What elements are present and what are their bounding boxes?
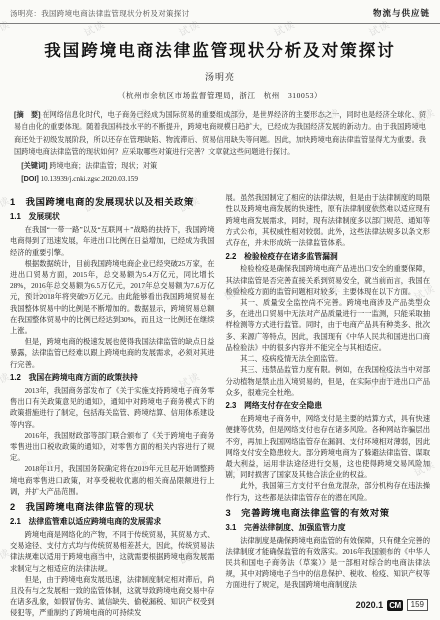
running-title: 汤明亮：我国跨境电商法律监管现状分析及对策探讨 <box>10 8 189 19</box>
section-heading: 3 完善跨境电商法律监管的有效对策 <box>226 508 431 519</box>
abstract-label: [摘 要] <box>14 110 41 119</box>
body-paragraph: 但是，由于跨境电商发展迅速，法律制度制定相对滞后，尚且没有与之发展相一致的监管体… <box>10 574 215 619</box>
abstract-text: 在网络信息化时代，电子商务已经成为国际贸易的重要组成部分，是世界经济的主要形态之… <box>14 111 426 156</box>
section-heading: 2 我国跨境电商法律监管的现状 <box>10 502 215 513</box>
body-paragraph: 2018年11月，我国国务院确定将在2019年元旦起开始调整跨境电商零售进口政策… <box>10 463 215 497</box>
page-header: 汤明亮：我国跨境电商法律监管现状分析及对策探讨 物流与供应链 <box>0 0 440 24</box>
keywords-line: [关键词] 跨境电商；法律监管；现状；对策 <box>14 160 426 172</box>
author-name: 汤明亮 <box>0 70 440 83</box>
body-paragraph: 但是，跨境电商的极速发展也使得我国法律监管的缺点日益暴露，法律监管已经难以跟上跨… <box>10 336 215 370</box>
body-paragraph: 跨境电商是网络化的产物，不同于传统贸易，其贸易方式、交易途径、支付方式均与传统贸… <box>10 529 215 574</box>
left-column: 1 我国跨境电商的发展现状以及相关政策 1.1 发展现状 在我国“一带一路”以及… <box>10 192 215 618</box>
body-paragraph: 其三、违禁品监管力度有限。例如，在我国检疫法当中对部分动植物是禁止出入境贸易的，… <box>226 364 431 398</box>
body-paragraph: 其二、疫病疫情无法全面监管。 <box>226 353 431 364</box>
subsection-heading: 2.1 法律监管难以适应跨境电商的发展需求 <box>10 516 215 527</box>
body-columns: 1 我国跨境电商的发展现状以及相关政策 1.1 发展现状 在我国“一带一路”以及… <box>0 185 440 618</box>
subsection-heading: 2.3 网络支付存在安全隐患 <box>226 400 431 411</box>
right-column: 展。虽然我国制定了相应的法律法规，但是由于法律制度的局限性以及跨境电商发展的快速… <box>226 192 431 618</box>
body-paragraph: 2013年，我国商务部发布了《关于实施支持跨境电子商务零售出口有关政策意见的通知… <box>10 385 215 430</box>
journal-section-label: 物流与供应链 <box>373 7 430 19</box>
author-affiliation: （杭州市余杭区市场监督管理局，浙江 杭州 310053） <box>0 90 440 101</box>
page-footer: 2020.1 CM 159 <box>356 599 428 611</box>
doi-line: [DOI] 10.13939/j.cnki.zgsc.2020.03.159 <box>14 173 426 185</box>
body-paragraph: 此外，我国第三方支付平台鱼龙混杂，部分机构存在违法操作行为，这些都是法律监管存在… <box>226 480 431 502</box>
subsection-heading: 2.2 检验检疫存在诸多监管漏洞 <box>226 251 431 262</box>
keywords-text: 跨境电商；法律监管；现状；对策 <box>49 162 157 170</box>
doi-text: 10.13939/j.cnki.zgsc.2020.03.159 <box>41 175 138 183</box>
doi-label: [DOI] <box>21 174 39 183</box>
subsection-heading: 3.1 完善法律制度、加强监管力度 <box>226 522 431 533</box>
abstract-block: [摘 要] 在网络信息化时代，电子商务已经成为国际贸易的重要组成部分，是世界经济… <box>14 109 426 185</box>
section-heading: 1 我国跨境电商的发展现状以及相关政策 <box>10 197 215 208</box>
body-paragraph: 法律制度是确保跨境电商监管的有效保障，只有健全完善的法律制度才能确保监管的有效落… <box>226 535 431 591</box>
body-paragraph: 在跨境电子商务中，网络支付是主要的结算方式，具有快速便捷等优势，但是网络支付也存… <box>226 413 431 480</box>
body-paragraph: 其一、质量安全监控尚不完善。跨境电商涉及产品类型众多，在进出口贸易中无法对产品质… <box>226 297 431 353</box>
subsection-heading: 1.2 我国在跨境电商方面的政策扶持 <box>10 372 215 383</box>
body-paragraph: 在我国“一带一路”以及“互联网＋”战略的扶持下，我国跨境电商得到了迅速发展，年进… <box>10 224 215 258</box>
body-paragraph: 根据数据统计，目前我国跨境电商企业已经突破25万家，在进出口贸易方面，2015年… <box>10 258 215 336</box>
body-paragraph: 2016年，我国财政部等部门联合颁布了《关于跨境电子商务零售进出口税收政策的通知… <box>10 430 215 464</box>
body-paragraph: 检验检疫是确保我国跨境电商产品进出口安全的重要保障，其法律监管是否完善直接关系到… <box>226 263 431 297</box>
abstract-line: [摘 要] 在网络信息化时代，电子商务已经成为国际贸易的重要组成部分，是世界经济… <box>14 109 426 159</box>
body-paragraph: 展。虽然我国制定了相应的法律法规，但是由于法律制度的局限性以及跨境电商发展的快速… <box>226 192 431 248</box>
issue-label: 2020.1 <box>356 600 384 610</box>
keywords-label: [关键词] <box>21 161 47 170</box>
paper-title: 我国跨境电商法律监管现状分析及对策探讨 <box>0 37 440 61</box>
paper-page: 试读试读试读试读试读试读试读试读试读试读试读试读试读试读试读试读试读试读试读试读… <box>0 0 440 620</box>
subsection-heading: 1.1 发展现状 <box>10 211 215 222</box>
journal-logo: CM <box>387 600 402 611</box>
page-number: 159 <box>407 599 428 611</box>
